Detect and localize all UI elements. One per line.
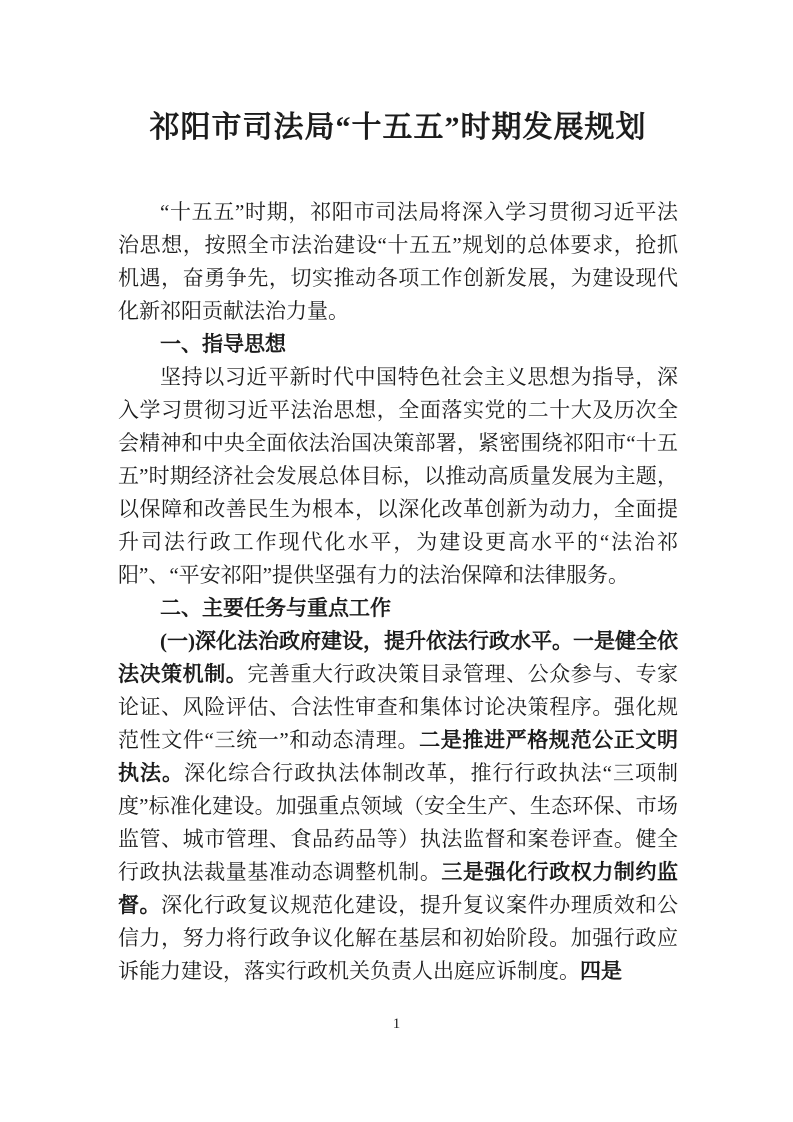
text-segment: 坚持以习近平新时代中国特色社会主义思想为指导，深入学习贯彻习近平法治思想，全面落…: [118, 365, 678, 587]
text-segment: (一)深化法治政府建设，提升依法行政水平。: [160, 629, 573, 653]
paragraph: 坚持以习近平新时代中国特色社会主义思想为指导，深入学习贯彻习近平法治思想，全面落…: [118, 361, 678, 592]
section-heading: 二、主要任务与重点工作: [118, 592, 678, 625]
document-content: 祁阳市司法局“十五五”时期发展规划 “十五五”时期，祁阳市司法局将深入学习贯彻习…: [118, 106, 678, 988]
page-number: 1: [0, 1014, 793, 1034]
text-segment: 四是: [580, 959, 622, 983]
text-segment: “十五五”时期，祁阳市司法局将深入学习贯彻习近平法治思想，按照全市法治建设“十五…: [118, 200, 678, 323]
document-page: 祁阳市司法局“十五五”时期发展规划 “十五五”时期，祁阳市司法局将深入学习贯彻习…: [0, 0, 793, 1122]
text-segment: 一、指导思想: [160, 333, 286, 356]
document-body: “十五五”时期，祁阳市司法局将深入学习贯彻习近平法治思想，按照全市法治建设“十五…: [118, 196, 678, 988]
document-title: 祁阳市司法局“十五五”时期发展规划: [118, 106, 678, 150]
text-segment: 二、主要任务与重点工作: [160, 597, 391, 620]
section-heading: 一、指导思想: [118, 328, 678, 361]
paragraph: (一)深化法治政府建设，提升依法行政水平。一是健全依法决策机制。完善重大行政决策…: [118, 625, 678, 988]
paragraph: “十五五”时期，祁阳市司法局将深入学习贯彻习近平法治思想，按照全市法治建设“十五…: [118, 196, 678, 328]
